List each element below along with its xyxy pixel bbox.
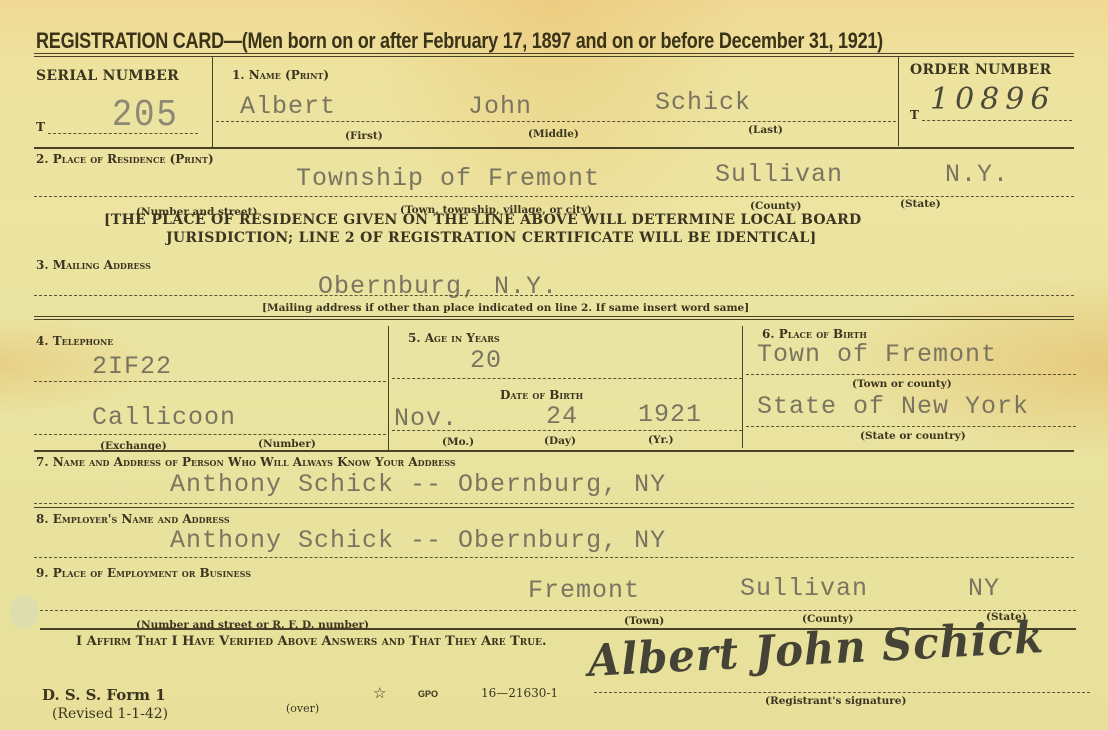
telephone-number: 2IF22 <box>92 352 172 381</box>
divider <box>212 56 213 148</box>
caption-month: (Mo.) <box>442 436 474 448</box>
caption-day: (Day) <box>544 435 576 447</box>
stamp-mark <box>10 595 38 629</box>
birthplace-label: 6. Place of Birth <box>762 327 867 341</box>
serial-prefix: T <box>36 120 45 134</box>
name-line <box>216 121 896 122</box>
serial-number-value: 205 <box>112 94 179 137</box>
contact-line <box>34 503 1074 504</box>
signature-caption: (Registrant's signature) <box>765 695 906 707</box>
caption-birth-state: (State or country) <box>860 430 966 442</box>
name-last: Schick <box>655 88 751 117</box>
section-border <box>34 450 1074 452</box>
dob-day: 24 <box>546 402 578 431</box>
star-icon: ☆ <box>373 684 386 702</box>
signature-line <box>594 692 1090 693</box>
contact-value: Anthony Schick -- Obernburg, NY <box>170 470 666 499</box>
employment-line <box>40 610 1076 611</box>
caption-county: (County) <box>750 200 802 212</box>
gpo-mark: GPO <box>418 689 438 699</box>
contact-label: 7. Name and Address of Person Who Will A… <box>36 455 456 469</box>
jurisdiction-notice-2: JURISDICTION; LINE 2 OF REGISTRATION CER… <box>166 230 817 246</box>
form-revised: (Revised 1-1-42) <box>52 706 168 722</box>
form-number: D. S. S. Form 1 <box>42 686 166 704</box>
caption-last: (Last) <box>748 124 783 136</box>
employment-label: 9. Place of Employment or Business <box>36 566 251 580</box>
age-label: 5. Age in Years <box>408 331 500 345</box>
section-border <box>34 507 1074 508</box>
age-value: 20 <box>470 346 502 375</box>
employer-label: 8. Employer's Name and Address <box>36 512 230 526</box>
name-first: Albert <box>240 92 336 121</box>
registration-card: REGISTRATION CARD—(Men born on or after … <box>0 0 1108 730</box>
caption-state: (State) <box>900 198 941 210</box>
mailing-caption: [Mailing address if other than place ind… <box>262 302 749 314</box>
residence-line <box>34 196 1074 197</box>
order-number-value: 10896 <box>930 82 1055 117</box>
residence-state: N.Y. <box>945 160 1009 189</box>
serial-number-label: SERIAL NUMBER <box>36 68 179 84</box>
name-label: 1. Name (Print) <box>232 68 329 82</box>
birthplace-state: State of New York <box>757 392 1029 421</box>
telephone-line <box>34 381 386 382</box>
dob-year: 1921 <box>638 400 702 429</box>
caption-number: (Number) <box>258 438 316 450</box>
section-border <box>34 316 1074 320</box>
jurisdiction-notice-1: [THE PLACE OF RESIDENCE GIVEN ON THE LIN… <box>104 212 861 228</box>
caption-birth-town: (Town or county) <box>852 378 952 390</box>
caption-first: (First) <box>345 130 383 142</box>
employment-state: NY <box>968 574 1000 603</box>
top-border <box>34 53 1074 57</box>
divider <box>742 326 743 448</box>
exchange-line <box>34 434 386 435</box>
employer-line <box>34 557 1074 558</box>
mailing-line <box>34 295 1074 296</box>
birthplace-town: Town of Fremont <box>757 340 997 369</box>
order-prefix: T <box>910 108 919 122</box>
print-code: 16—21630-1 <box>481 686 558 700</box>
employment-town: Fremont <box>528 576 640 605</box>
mailing-value: Obernburg, N.Y. <box>318 272 558 301</box>
order-line <box>922 120 1072 121</box>
card-title: REGISTRATION CARD—(Men born on or after … <box>36 28 883 54</box>
dob-line <box>392 430 742 431</box>
employer-value: Anthony Schick -- Obernburg, NY <box>170 526 666 555</box>
affirmation-text: I Affirm That I Have Verified Above Answ… <box>76 634 547 649</box>
dob-month: Nov. <box>394 404 458 433</box>
telephone-exchange: Callicoon <box>92 403 236 432</box>
caption-emp-town: (Town) <box>624 615 664 627</box>
birthplace-line <box>746 374 1076 375</box>
caption-middle: (Middle) <box>528 128 579 140</box>
section-border <box>34 147 1074 149</box>
age-line <box>392 378 742 379</box>
divider <box>388 326 389 452</box>
over-note: (over) <box>286 702 319 715</box>
residence-county: Sullivan <box>715 160 843 189</box>
residence-town: Township of Fremont <box>296 164 600 193</box>
residence-label: 2. Place of Residence (Print) <box>36 152 214 166</box>
telephone-label: 4. Telephone <box>36 334 113 348</box>
name-middle: John <box>468 92 532 121</box>
divider <box>898 56 899 146</box>
mailing-label: 3. Mailing Address <box>36 258 151 272</box>
caption-year: (Yr.) <box>648 434 674 446</box>
order-number-label: ORDER NUMBER <box>910 62 1051 78</box>
dob-label: Date of Birth <box>500 388 583 402</box>
birthplace-state-line <box>746 426 1076 427</box>
employment-county: Sullivan <box>740 574 868 603</box>
